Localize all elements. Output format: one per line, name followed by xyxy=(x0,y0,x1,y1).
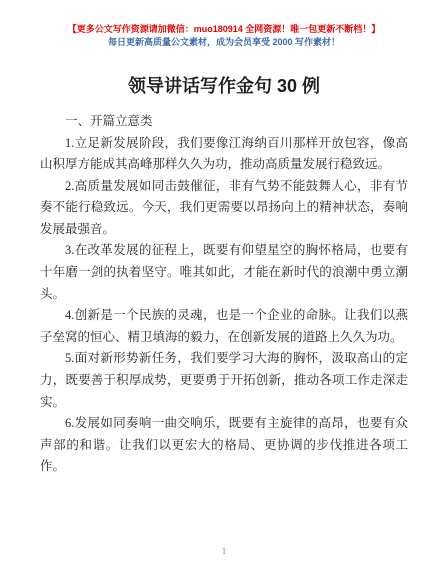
section-heading: 一、开篇立意类 xyxy=(40,111,408,133)
promo-line-red: 【更多公文写作资源请加微信：muo180914 全网资源！唯一包更新不断档！】 xyxy=(0,23,448,36)
document-title: 领导讲话写作金句 30 例 xyxy=(0,74,448,98)
paragraph-6: 6.发展如同奏响一曲交响乐，既要有主旋律的高昂，也要有众声部的和谐。让我们以更宏… xyxy=(40,413,408,478)
paragraph-3: 3.在改革发展的征程上，既要有仰望星空的胸怀格局，也要有十年磨一剑的执着坚守。唯… xyxy=(40,240,408,305)
paragraph-2: 2.高质量发展如同击鼓催征，非有气势不能鼓舞人心，非有节奏不能行稳致远。今天，我… xyxy=(40,176,408,241)
paragraph-4: 4.创新是一个民族的灵魂，也是一个企业的命脉。让我们以燕子垒窝的恒心、精卫填海的… xyxy=(40,305,408,348)
promo-line-blue: 每日更新高质量公文素材，成为会员享受 2000 写作素材！ xyxy=(0,36,448,49)
paragraph-5: 5.面对新形势新任务，我们要学习大海的胸怀，汲取高山的定力，既要善于积厚成势，更… xyxy=(40,348,408,413)
paragraph-1: 1.立足新发展阶段，我们要像江海纳百川那样开放包容，像高山积厚方能成其高峰那样久… xyxy=(40,133,408,176)
document-page: 【更多公文写作资源请加微信：muo180914 全网资源！唯一包更新不断档！】 … xyxy=(0,0,448,580)
document-body: 一、开篇立意类 1.立足新发展阶段，我们要像江海纳百川那样开放包容，像高山积厚方… xyxy=(40,111,408,478)
page-number: 1 xyxy=(0,546,448,556)
promo-header: 【更多公文写作资源请加微信：muo180914 全网资源！唯一包更新不断档！】 … xyxy=(0,0,448,49)
